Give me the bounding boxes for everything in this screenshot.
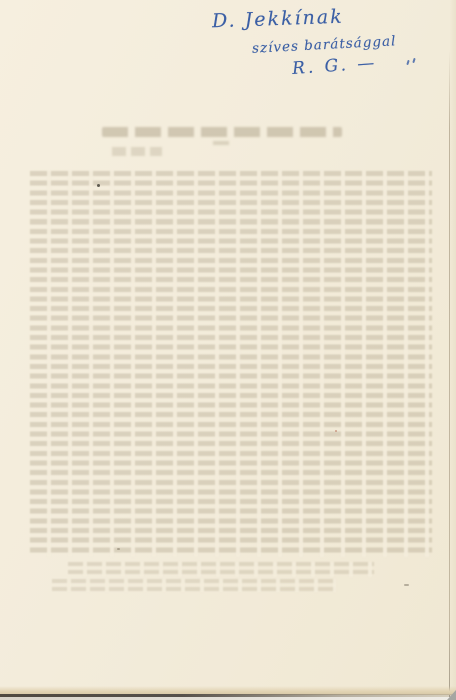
showthrough-title-line	[102, 127, 342, 137]
page-edge-right-line	[449, 50, 450, 700]
showthrough-footnote-block-2	[52, 579, 336, 592]
ink-speck	[404, 584, 409, 586]
showthrough-title-rule	[213, 141, 229, 145]
ink-speck	[97, 184, 100, 187]
scanned-page: D. Jekkínak szíves barátsággal R. G. —	[0, 0, 456, 700]
page-edge-right-strip	[450, 0, 456, 700]
showthrough-body-text	[30, 171, 432, 557]
showthrough-footnote-block-1	[68, 562, 374, 577]
inscription-line-3: R. G. —	[291, 53, 378, 79]
inscription-line-1: D. Jekkínak	[212, 6, 344, 33]
ink-flourish-mark	[406, 60, 409, 65]
showthrough-author-line	[112, 147, 162, 156]
ink-speck	[117, 548, 120, 550]
foxing-spot	[335, 430, 337, 432]
ink-flourish-mark	[412, 58, 415, 63]
